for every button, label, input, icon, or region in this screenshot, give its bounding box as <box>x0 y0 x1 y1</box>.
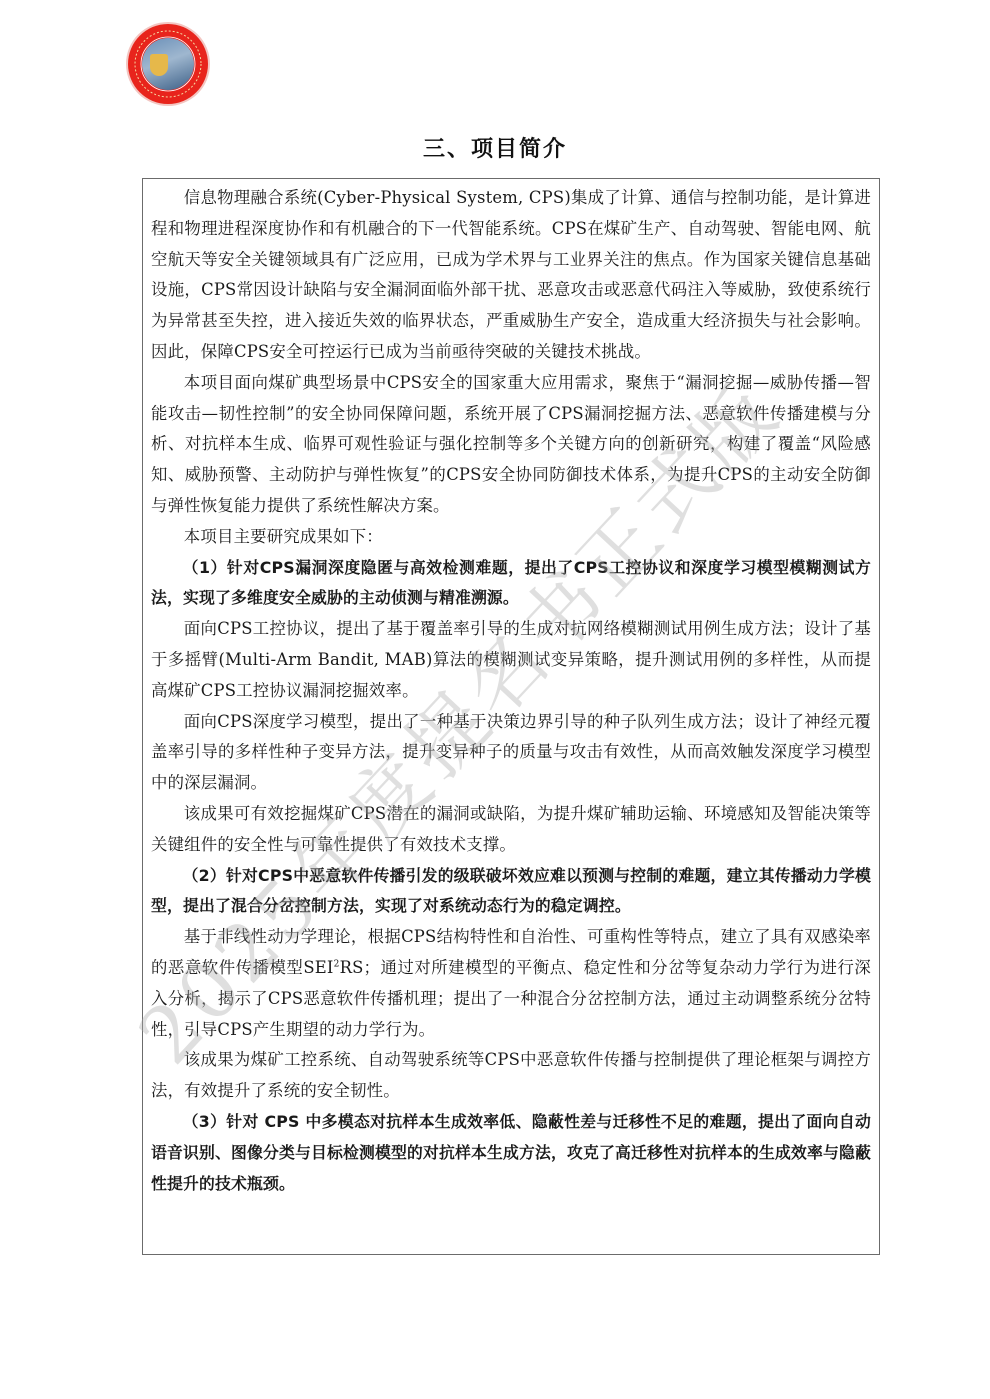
paragraph-results-lead: 本项目主要研究成果如下： <box>151 522 871 553</box>
paragraph-intro: 信息物理融合系统(Cyber-Physical System, CPS)集成了计… <box>151 183 871 368</box>
paragraph-protocol-fuzzing: 面向CPS工控协议，提出了基于覆盖率引导的生成对抗网络模糊测试用例生成方法；设计… <box>151 614 871 706</box>
seal-ring-icon <box>128 24 208 104</box>
seal-logo <box>128 24 208 104</box>
paragraph-overview: 本项目面向煤矿典型场景中CPS安全的国家重大应用需求，聚焦于“漏洞挖掘—威胁传播… <box>151 368 871 522</box>
paragraph-result-2-impact: 该成果为煤矿工控系统、自动驾驶系统等CPS中恶意软件传播与控制提供了理论框架与调… <box>151 1045 871 1107</box>
paragraph-result-1-impact: 该成果可有效挖掘煤矿CPS潜在的漏洞或缺陷，为提升煤矿辅助运输、环境感知及智能决… <box>151 799 871 861</box>
paragraph-dl-fuzzing: 面向CPS深度学习模型，提出了一种基于决策边界引导的种子队列生成方法；设计了神经… <box>151 707 871 799</box>
result-heading-2: （2）针对CPS中恶意软件传播引发的级联破坏效应难以预测与控制的难题，建立其传播… <box>151 861 871 923</box>
result-heading-3: （3）针对 CPS 中多模态对抗样本生成效率低、隐蔽性差与迁移性不足的难题，提出… <box>151 1107 871 1199</box>
project-summary-box: 信息物理融合系统(Cyber-Physical System, CPS)集成了计… <box>142 178 880 1255</box>
page-title: 三、项目简介 <box>0 132 990 163</box>
paragraph-malware-model: 基于非线性动力学理论，根据CPS结构特性和自治性、可重构性等特点，建立了具有双感… <box>151 922 871 1045</box>
result-heading-1: （1）针对CPS漏洞深度隐匿与高效检测难题，提出了CPS工控协议和深度学习模型模… <box>151 553 871 615</box>
